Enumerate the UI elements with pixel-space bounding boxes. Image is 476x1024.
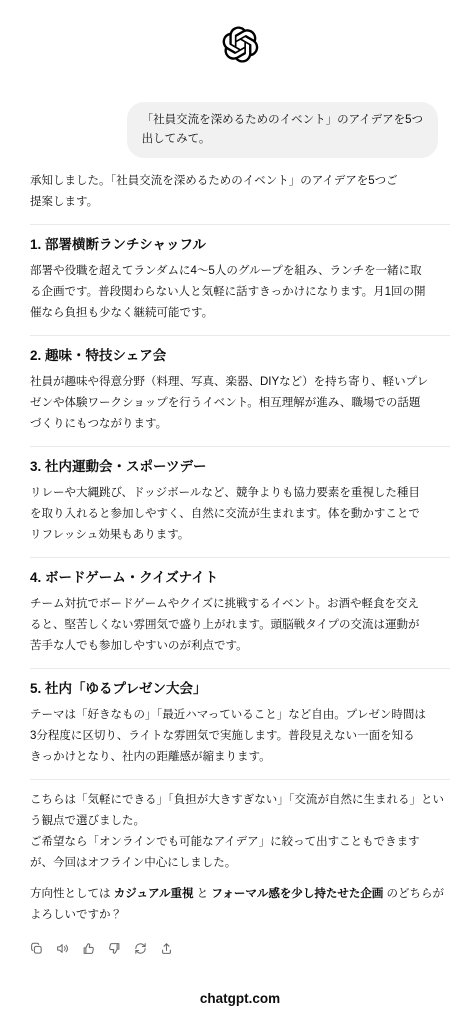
header: [30, 26, 450, 68]
openai-logo-icon: [222, 26, 259, 68]
section-body-1: 部署や役職を超えてランダムに4〜5人のグループを組み、ランチを一緒に取 る企画で…: [30, 261, 450, 324]
share-button[interactable]: [157, 939, 176, 958]
section-heading-3: 3. 社内運動会・スポーツデー: [30, 457, 450, 476]
copy-button[interactable]: [27, 939, 46, 958]
user-message-row: 「社員交流を深めるためのイベント」のアイデアを5つ 出してみて。: [30, 102, 438, 158]
speaker-icon: [55, 941, 70, 956]
read-aloud-button[interactable]: [53, 939, 72, 958]
section-body-2: 社員が趣味や得意分野（料理、写真、楽器、DIYなど）を持ち寄り、軽いプレ ゼンや…: [30, 372, 450, 435]
assistant-intro: 承知しました。「社員交流を深めるためのイベント」のアイデアを5つご 提案します。: [30, 171, 450, 213]
regenerate-icon: [133, 941, 148, 956]
thumbs-down-icon: [107, 941, 122, 956]
question-option-formal: フォーマル感を少し持たせた企画: [211, 888, 383, 900]
question-option-casual: カジュアル重視: [114, 888, 194, 900]
section-divider: [30, 224, 450, 225]
assistant-closing: こちらは「気軽にできる」「負担が大きすぎない」「交流が自然に生まれる」とい う観…: [30, 790, 450, 874]
section-divider: [30, 557, 450, 558]
section-divider: [30, 668, 450, 669]
share-upload-icon: [159, 941, 174, 956]
section-divider: [30, 335, 450, 336]
user-message-bubble: 「社員交流を深めるためのイベント」のアイデアを5つ 出してみて。: [127, 102, 438, 158]
section-body-4: チーム対抗でボードゲームやクイズに挑戦するイベント。お酒や軽食を交え ると、堅苦…: [30, 594, 450, 657]
section-body-3: リレーや大縄跳び、ドッジボールなど、競争よりも協力要素を重視した種目 を取り入れ…: [30, 483, 450, 546]
thumbs-up-icon: [81, 941, 96, 956]
assistant-message: 承知しました。「社員交流を深めるためのイベント」のアイデアを5つご 提案します。…: [30, 171, 450, 958]
bad-response-button[interactable]: [105, 939, 124, 958]
question-text: 方向性としては: [30, 888, 114, 900]
message-action-bar: [27, 939, 450, 958]
footer-site-label: chatgpt.com: [200, 991, 280, 1006]
regenerate-button[interactable]: [131, 939, 150, 958]
section-heading-1: 1. 部署横断ランチシャッフル: [30, 235, 450, 254]
assistant-question: 方向性としては カジュアル重視 と フォーマル感を少し持たせた企画 のどちらがよ…: [30, 884, 450, 926]
section-body-5: テーマは「好きなもの」「最近ハマっていること」など自由。プレゼン時間は 3分程度…: [30, 705, 450, 768]
section-divider: [30, 779, 450, 780]
good-response-button[interactable]: [79, 939, 98, 958]
copy-icon: [29, 941, 44, 956]
section-heading-2: 2. 趣味・特技シェア会: [30, 346, 450, 365]
footer: chatgpt.com: [30, 990, 450, 1008]
question-text: と: [194, 888, 212, 900]
section-heading-5: 5. 社内「ゆるプレゼン大会」: [30, 679, 450, 698]
section-heading-4: 4. ボードゲーム・クイズナイト: [30, 568, 450, 587]
chat-card: 「社員交流を深めるためのイベント」のアイデアを5つ 出してみて。 承知しました。…: [0, 0, 476, 1008]
section-divider: [30, 446, 450, 447]
